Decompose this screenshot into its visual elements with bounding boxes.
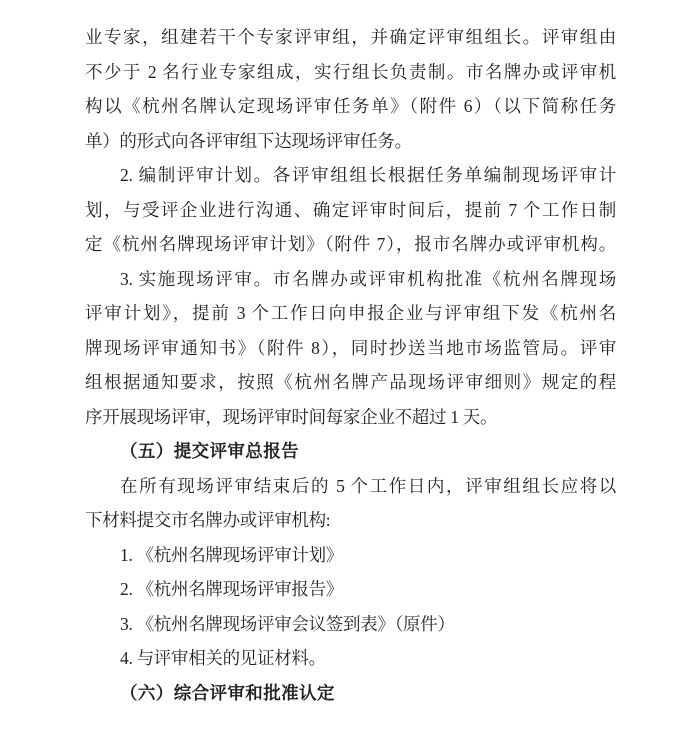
document-page: 业专家，组建若干个专家评审组，并确定评审组组长。评审组由不少于 2 名行业专家组…: [0, 0, 676, 729]
text-line: 划，与受评企业进行沟通、确定评审时间后，提前 7 个工作日制: [85, 193, 616, 228]
text-line: 2. 《杭州名牌现场评审报告》: [85, 572, 616, 607]
text-column: 业专家，组建若干个专家评审组，并确定评审组组长。评审组由不少于 2 名行业专家组…: [85, 20, 616, 710]
text-line: 4. 与评审相关的见证材料。: [85, 641, 616, 676]
section-heading: （六）综合评审和批准认定: [85, 676, 616, 711]
text-line: 3. 《杭州名牌现场评审会议签到表》（原件）: [85, 607, 616, 642]
text-line: 不少于 2 名行业专家组成，实行组长负责制。市名牌办或评审机: [85, 55, 616, 90]
text-line: 定《杭州名牌现场评审计划》（附件 7），报市名牌办或评审机构。: [85, 227, 616, 262]
text-line: 序开展现场评审，现场评审时间每家企业不超过 1 天。: [85, 400, 616, 435]
section-heading: （五）提交评审总报告: [85, 434, 616, 469]
text-line: 组根据通知要求，按照《杭州名牌产品现场评审细则》规定的程: [85, 365, 616, 400]
text-line: 3. 实施现场评审。市名牌办或评审机构批准《杭州名牌现场: [85, 262, 616, 297]
text-line: 单）的形式向各评审组下达现场评审任务。: [85, 124, 616, 159]
text-line: 2. 编制评审计划。各评审组组长根据任务单编制现场评审计: [85, 158, 616, 193]
text-line: 构以《杭州名牌认定现场评审任务单》（附件 6）（以下简称任务: [85, 89, 616, 124]
text-line: 下材料提交市名牌办或评审机构:: [85, 503, 616, 538]
text-line: 业专家，组建若干个专家评审组，并确定评审组组长。评审组由: [85, 20, 616, 55]
text-line: 在所有现场评审结束后的 5 个工作日内，评审组组长应将以: [85, 469, 616, 504]
text-line: 评审计划》，提前 3 个工作日向申报企业与评审组下发《杭州名: [85, 296, 616, 331]
text-line: 牌现场评审通知书》（附件 8），同时抄送当地市场监管局。评审: [85, 331, 616, 366]
text-line: 1. 《杭州名牌现场评审计划》: [85, 538, 616, 573]
